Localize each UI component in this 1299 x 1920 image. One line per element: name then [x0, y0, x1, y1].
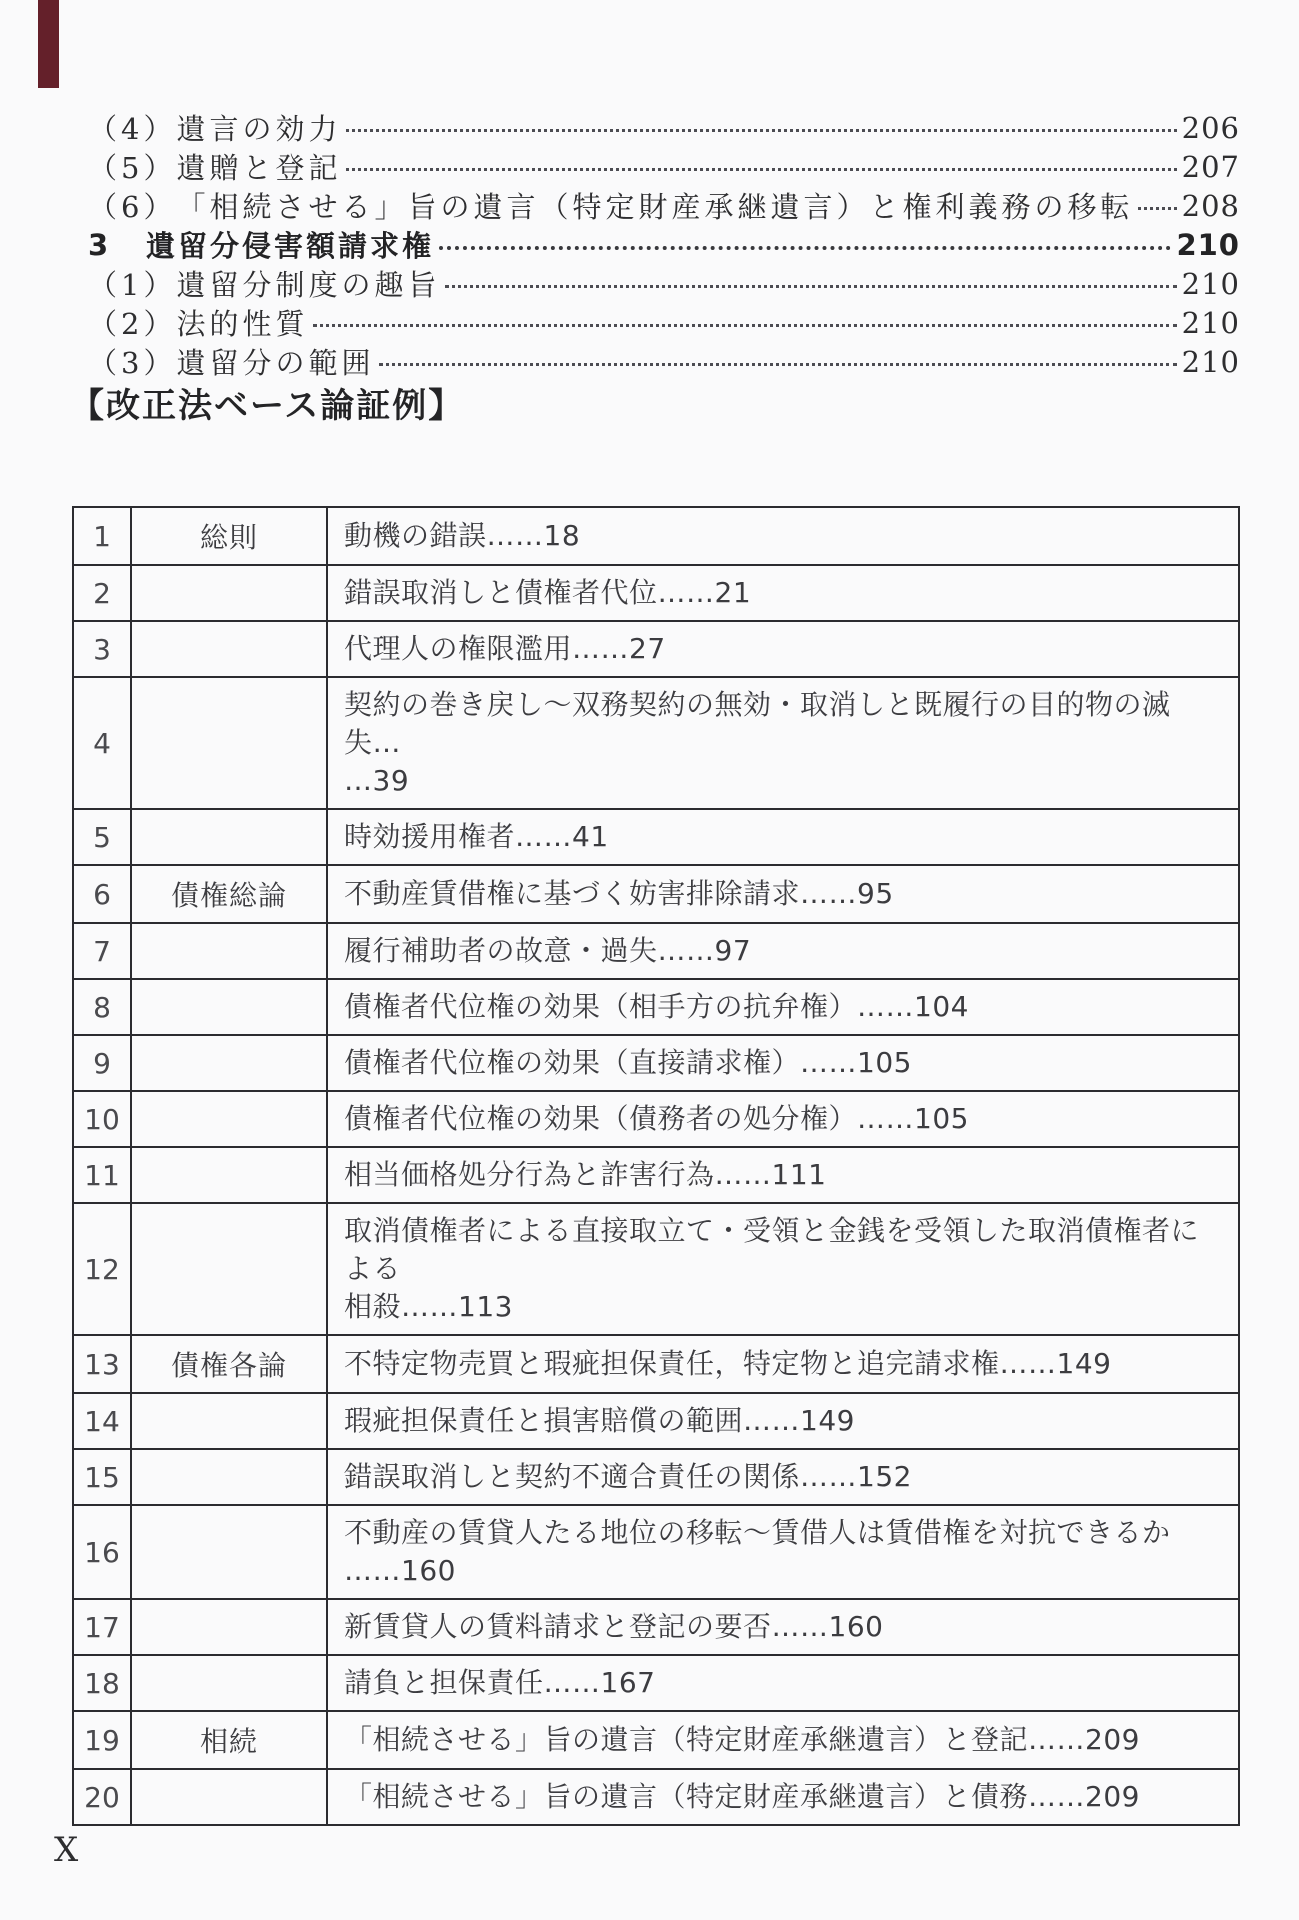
toc-entry-page: 206 — [1182, 111, 1240, 145]
table-row: 5 時効援用権者……41 — [73, 809, 1239, 865]
row-category-cell — [131, 923, 327, 979]
toc-entry: （2） 法的性質 210 — [88, 303, 1240, 342]
row-number-cell: 16 — [73, 1505, 131, 1599]
table-row: 14 瑕疵担保責任と損害賠償の範囲……149 — [73, 1393, 1239, 1449]
table-row: 11 相当価格処分行為と詐害行為……111 — [73, 1147, 1239, 1203]
row-number-cell: 7 — [73, 923, 131, 979]
row-category-cell: 債権各論 — [131, 1335, 327, 1393]
row-number-cell: 15 — [73, 1449, 131, 1505]
row-category-cell: 相続 — [131, 1711, 327, 1769]
row-content-cell: 「相続させる」旨の遺言（特定財産承継遺言）と登記……209 — [327, 1711, 1239, 1769]
dot-leader — [379, 363, 1176, 366]
folio-page-number: X — [54, 1830, 79, 1870]
row-number-cell: 11 — [73, 1147, 131, 1203]
table-row: 18 請負と担保責任……167 — [73, 1655, 1239, 1711]
row-content-cell: 錯誤取消しと債権者代位……21 — [327, 565, 1239, 621]
table-row: 13 債権各論 不特定物売買と瑕疵担保責任，特定物と追完請求権……149 — [73, 1335, 1239, 1393]
toc-entry-number: （4） — [88, 107, 176, 148]
row-content-cell: 不特定物売買と瑕疵担保責任，特定物と追完請求権……149 — [327, 1335, 1239, 1393]
dot-leader — [445, 285, 1176, 288]
toc-entry-page: 210 — [1182, 306, 1240, 340]
row-number-cell: 12 — [73, 1203, 131, 1335]
row-content-cell: 不動産の賃貸人たる地位の移転～賃借人は賃借権を対抗できるか ……160 — [327, 1505, 1239, 1599]
table-row: 2 錯誤取消しと債権者代位……21 — [73, 565, 1239, 621]
proof-example-table-body: 1 総則 動機の錯誤……18 2 錯誤取消しと債権者代位……21 3 代理人の権… — [73, 507, 1239, 1825]
toc-entry-page: 207 — [1182, 150, 1240, 184]
row-content-cell: 錯誤取消しと契約不適合責任の関係……152 — [327, 1449, 1239, 1505]
toc-entry-page: 210 — [1182, 267, 1240, 301]
table-row: 7 履行補助者の故意・過失……97 — [73, 923, 1239, 979]
row-category-cell — [131, 1091, 327, 1147]
toc-entry-number: （2） — [88, 302, 176, 343]
dot-leader — [1138, 207, 1176, 210]
toc-entry: （6） 「相続させる」旨の遺言（特定財産承継遺言）と権利義務の移転 208 — [88, 186, 1240, 225]
toc-entry-number: （5） — [88, 146, 176, 187]
row-category-cell — [131, 1449, 327, 1505]
scan-artifact-red-mark — [38, 0, 59, 88]
row-content-cell: 不動産賃借権に基づく妨害排除請求……95 — [327, 865, 1239, 923]
table-row: 8 債権者代位権の効果（相手方の抗弁権）……104 — [73, 979, 1239, 1035]
toc-entry-number: （3） — [88, 341, 176, 382]
section-heading: 【改正法ベース論証例】 — [70, 378, 464, 427]
row-category-cell — [131, 979, 327, 1035]
toc-entry-number: 3 — [88, 228, 146, 262]
toc-entry-number: （1） — [88, 263, 176, 304]
toc-entry: （3） 遺留分の範囲 210 — [88, 342, 1240, 381]
row-number-cell: 20 — [73, 1769, 131, 1825]
toc-list: （4） 遺言の効力 206 （5） 遺贈と登記 207 （6） 「相続させる」旨… — [88, 108, 1240, 381]
row-content-cell: 「相続させる」旨の遺言（特定財産承継遺言）と債務……209 — [327, 1769, 1239, 1825]
row-number-cell: 13 — [73, 1335, 131, 1393]
row-content-cell: 時効援用権者……41 — [327, 809, 1239, 865]
row-content-cell: 代理人の権限濫用……27 — [327, 621, 1239, 677]
row-category-cell: 総則 — [131, 507, 327, 565]
toc-entry-title: 遺留分侵害額請求権 — [146, 224, 434, 265]
row-content-cell: 新賃貸人の賃料請求と登記の要否……160 — [327, 1599, 1239, 1655]
toc-entry-page: 210 — [1182, 345, 1240, 379]
toc-entry: （4） 遺言の効力 206 — [88, 108, 1240, 147]
row-content-cell: 債権者代位権の効果（相手方の抗弁権）……104 — [327, 979, 1239, 1035]
row-number-cell: 9 — [73, 1035, 131, 1091]
row-category-cell — [131, 1147, 327, 1203]
table-row: 12 取消債権者による直接取立て・受領と金銭を受領した取消債権者による 相殺……… — [73, 1203, 1239, 1335]
row-category-cell — [131, 1599, 327, 1655]
toc-entry: （5） 遺贈と登記 207 — [88, 147, 1240, 186]
dot-leader — [346, 129, 1176, 132]
row-content-cell: 取消債権者による直接取立て・受領と金銭を受領した取消債権者による 相殺……113 — [327, 1203, 1239, 1335]
row-number-cell: 3 — [73, 621, 131, 677]
toc-entry-title: 遺贈と登記 — [176, 146, 341, 187]
row-category-cell — [131, 565, 327, 621]
row-content-cell: 瑕疵担保責任と損害賠償の範囲……149 — [327, 1393, 1239, 1449]
row-category-cell — [131, 1203, 327, 1335]
row-category-cell — [131, 677, 327, 809]
row-content-cell: 動機の錯誤……18 — [327, 507, 1239, 565]
dot-leader — [346, 168, 1176, 171]
row-category-cell — [131, 1035, 327, 1091]
proof-example-table: 1 総則 動機の錯誤……18 2 錯誤取消しと債権者代位……21 3 代理人の権… — [72, 506, 1240, 1826]
toc-entry-title: 遺留分制度の趣旨 — [176, 263, 440, 304]
row-number-cell: 2 — [73, 565, 131, 621]
toc-entry-title: 遺留分の範囲 — [176, 341, 374, 382]
toc-entry-title: 遺言の効力 — [176, 107, 341, 148]
row-content-cell: 債権者代位権の効果（債務者の処分権）……105 — [327, 1091, 1239, 1147]
row-number-cell: 10 — [73, 1091, 131, 1147]
table-row: 19 相続 「相続させる」旨の遺言（特定財産承継遺言）と登記……209 — [73, 1711, 1239, 1769]
row-number-cell: 1 — [73, 507, 131, 565]
toc-entry: （1） 遺留分制度の趣旨 210 — [88, 264, 1240, 303]
dot-leader — [439, 246, 1171, 250]
row-category-cell — [131, 1769, 327, 1825]
toc-entry: 3 遺留分侵害額請求権 210 — [88, 225, 1240, 264]
table-row: 6 債権総論 不動産賃借権に基づく妨害排除請求……95 — [73, 865, 1239, 923]
row-category-cell: 債権総論 — [131, 865, 327, 923]
table-row: 17 新賃貸人の賃料請求と登記の要否……160 — [73, 1599, 1239, 1655]
row-number-cell: 14 — [73, 1393, 131, 1449]
row-content-cell: 契約の巻き戻し～双務契約の無効・取消しと既履行の目的物の滅失… …39 — [327, 677, 1239, 809]
row-number-cell: 4 — [73, 677, 131, 809]
dot-leader — [313, 324, 1176, 327]
row-category-cell — [131, 1393, 327, 1449]
table-row: 4 契約の巻き戻し～双務契約の無効・取消しと既履行の目的物の滅失… …39 — [73, 677, 1239, 809]
row-number-cell: 18 — [73, 1655, 131, 1711]
row-category-cell — [131, 621, 327, 677]
row-number-cell: 19 — [73, 1711, 131, 1769]
row-number-cell: 8 — [73, 979, 131, 1035]
toc-entry-title: 法的性質 — [176, 302, 308, 343]
toc-entry-page: 210 — [1176, 228, 1240, 262]
scanned-book-page: （4） 遺言の効力 206 （5） 遺贈と登記 207 （6） 「相続させる」旨… — [0, 0, 1299, 1920]
row-category-cell — [131, 809, 327, 865]
toc-entry-number: （6） — [88, 185, 176, 226]
toc-entry-title: 「相続させる」旨の遺言（特定財産承継遺言）と権利義務の移転 — [176, 185, 1133, 226]
table-row: 1 総則 動機の錯誤……18 — [73, 507, 1239, 565]
toc-entry-page: 208 — [1182, 189, 1240, 223]
table-row: 3 代理人の権限濫用……27 — [73, 621, 1239, 677]
row-content-cell: 請負と担保責任……167 — [327, 1655, 1239, 1711]
table-row: 16 不動産の賃貸人たる地位の移転～賃借人は賃借権を対抗できるか ……160 — [73, 1505, 1239, 1599]
row-number-cell: 6 — [73, 865, 131, 923]
row-content-cell: 相当価格処分行為と詐害行為……111 — [327, 1147, 1239, 1203]
row-number-cell: 17 — [73, 1599, 131, 1655]
table-row: 10 債権者代位権の効果（債務者の処分権）……105 — [73, 1091, 1239, 1147]
row-number-cell: 5 — [73, 809, 131, 865]
table-row: 15 錯誤取消しと契約不適合責任の関係……152 — [73, 1449, 1239, 1505]
row-category-cell — [131, 1655, 327, 1711]
table-row: 9 債権者代位権の効果（直接請求権）……105 — [73, 1035, 1239, 1091]
row-content-cell: 債権者代位権の効果（直接請求権）……105 — [327, 1035, 1239, 1091]
row-content-cell: 履行補助者の故意・過失……97 — [327, 923, 1239, 979]
row-category-cell — [131, 1505, 327, 1599]
table-row: 20 「相続させる」旨の遺言（特定財産承継遺言）と債務……209 — [73, 1769, 1239, 1825]
